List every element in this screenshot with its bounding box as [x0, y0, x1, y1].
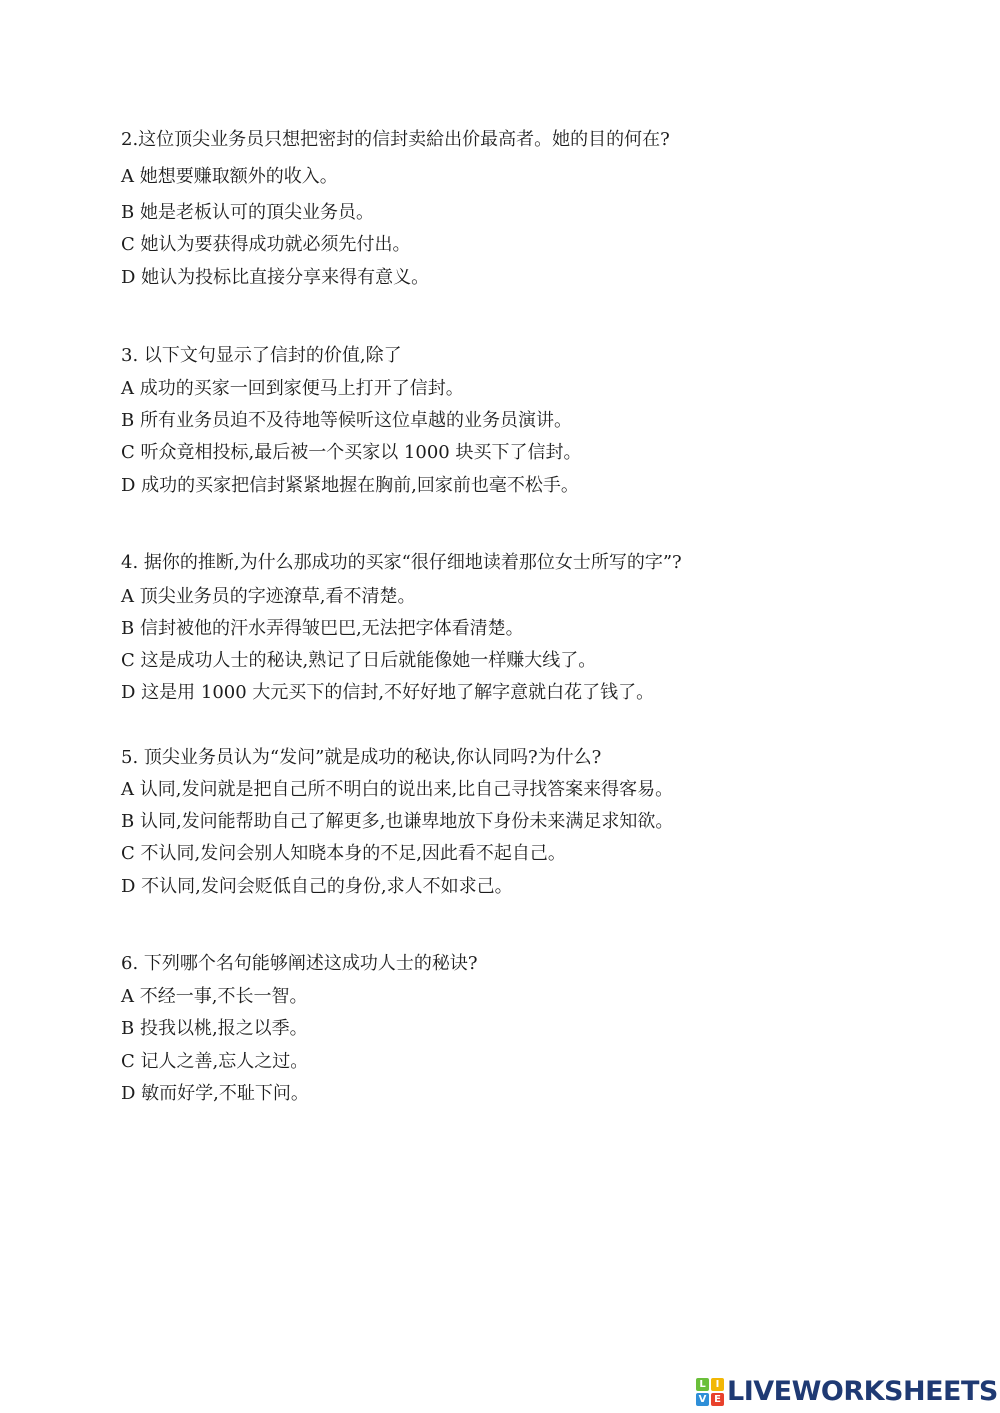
option-c: C 不认同,发问会别人知晓本身的不足,因此看不起自己。 [121, 843, 566, 865]
option-c: C 记人之善,忘人之过。 [121, 1051, 308, 1073]
option-a: A 顶尖业务员的字迹潦草,看不清楚。 [121, 586, 415, 608]
logo-cell-e: E [711, 1393, 724, 1406]
option-b: B 所有业务员迫不及待地等候听这位卓越的业务员演讲。 [121, 410, 572, 432]
option-a: A 成功的买家一回到家便马上打开了信封。 [121, 378, 464, 400]
worksheet-page: 2.这位顶尖业务员只想把密封的信封卖給出价最高者。她的目的何在? A 她想要赚取… [0, 0, 1000, 1413]
logo-cell-v: V [696, 1393, 709, 1406]
option-a: A 认同,发问就是把自己所不明白的说出来,比自己寻找答案来得客易。 [121, 779, 673, 801]
question-prompt: 4. 据你的推断,为什么那成功的买家“很仔细地读着那位女士所写的字”? [121, 552, 682, 574]
logo-icon: L I V E [696, 1378, 724, 1406]
option-d: D 这是用 1000 大元买下的信封,不好好地了解字意就白花了钱了。 [121, 682, 654, 704]
option-d: D 成功的买家把信封紧紧地握在胸前,回家前也毫不松手。 [121, 475, 579, 497]
option-b: B 她是老板认可的頂尖业务员。 [121, 202, 374, 224]
option-c: C 听众竟相投标,最后被一个买家以 1000 块买下了信封。 [121, 442, 581, 464]
option-d: D 不认同,发问会贬低自己的身份,求人不如求己。 [121, 876, 513, 898]
logo-cell-i: I [711, 1378, 724, 1391]
question-prompt: 5. 顶尖业务员认为“发问”就是成功的秘诀,你认同吗?为什么? [121, 747, 601, 769]
option-b: B 信封被他的汗水弄得皱巴巴,无法把字体看清楚。 [121, 618, 524, 640]
option-b: B 投我以桃,报之以季。 [121, 1018, 308, 1040]
option-d: D 敏而好学,不耻下问。 [121, 1083, 309, 1105]
question-prompt: 2.这位顶尖业务员只想把密封的信封卖給出价最高者。她的目的何在? [121, 129, 670, 151]
liveworksheets-logo[interactable]: L I V E LIVEWORKSHEETS [696, 1377, 998, 1407]
logo-text: LIVEWORKSHEETS [727, 1377, 998, 1407]
option-c: C 这是成功人士的秘诀,熟记了日后就能像她一样赚大线了。 [121, 650, 596, 672]
option-d: D 她认为投标比直接分享来得有意义。 [121, 267, 429, 289]
question-prompt: 3. 以下文句显示了信封的价值,除了 [121, 345, 402, 367]
option-c: C 她认为要获得成功就必须先付出。 [121, 234, 411, 256]
logo-cell-l: L [696, 1378, 709, 1391]
option-a: A 她想要赚取额外的收入。 [121, 166, 338, 188]
option-b: B 认同,发问能帮助自己了解更多,也谦卑地放下身份未来满足求知欲。 [121, 811, 673, 833]
question-prompt: 6. 下列哪个名句能够阐述这成功人士的秘诀? [121, 953, 478, 975]
option-a: A 不经一事,不长一智。 [121, 986, 307, 1008]
